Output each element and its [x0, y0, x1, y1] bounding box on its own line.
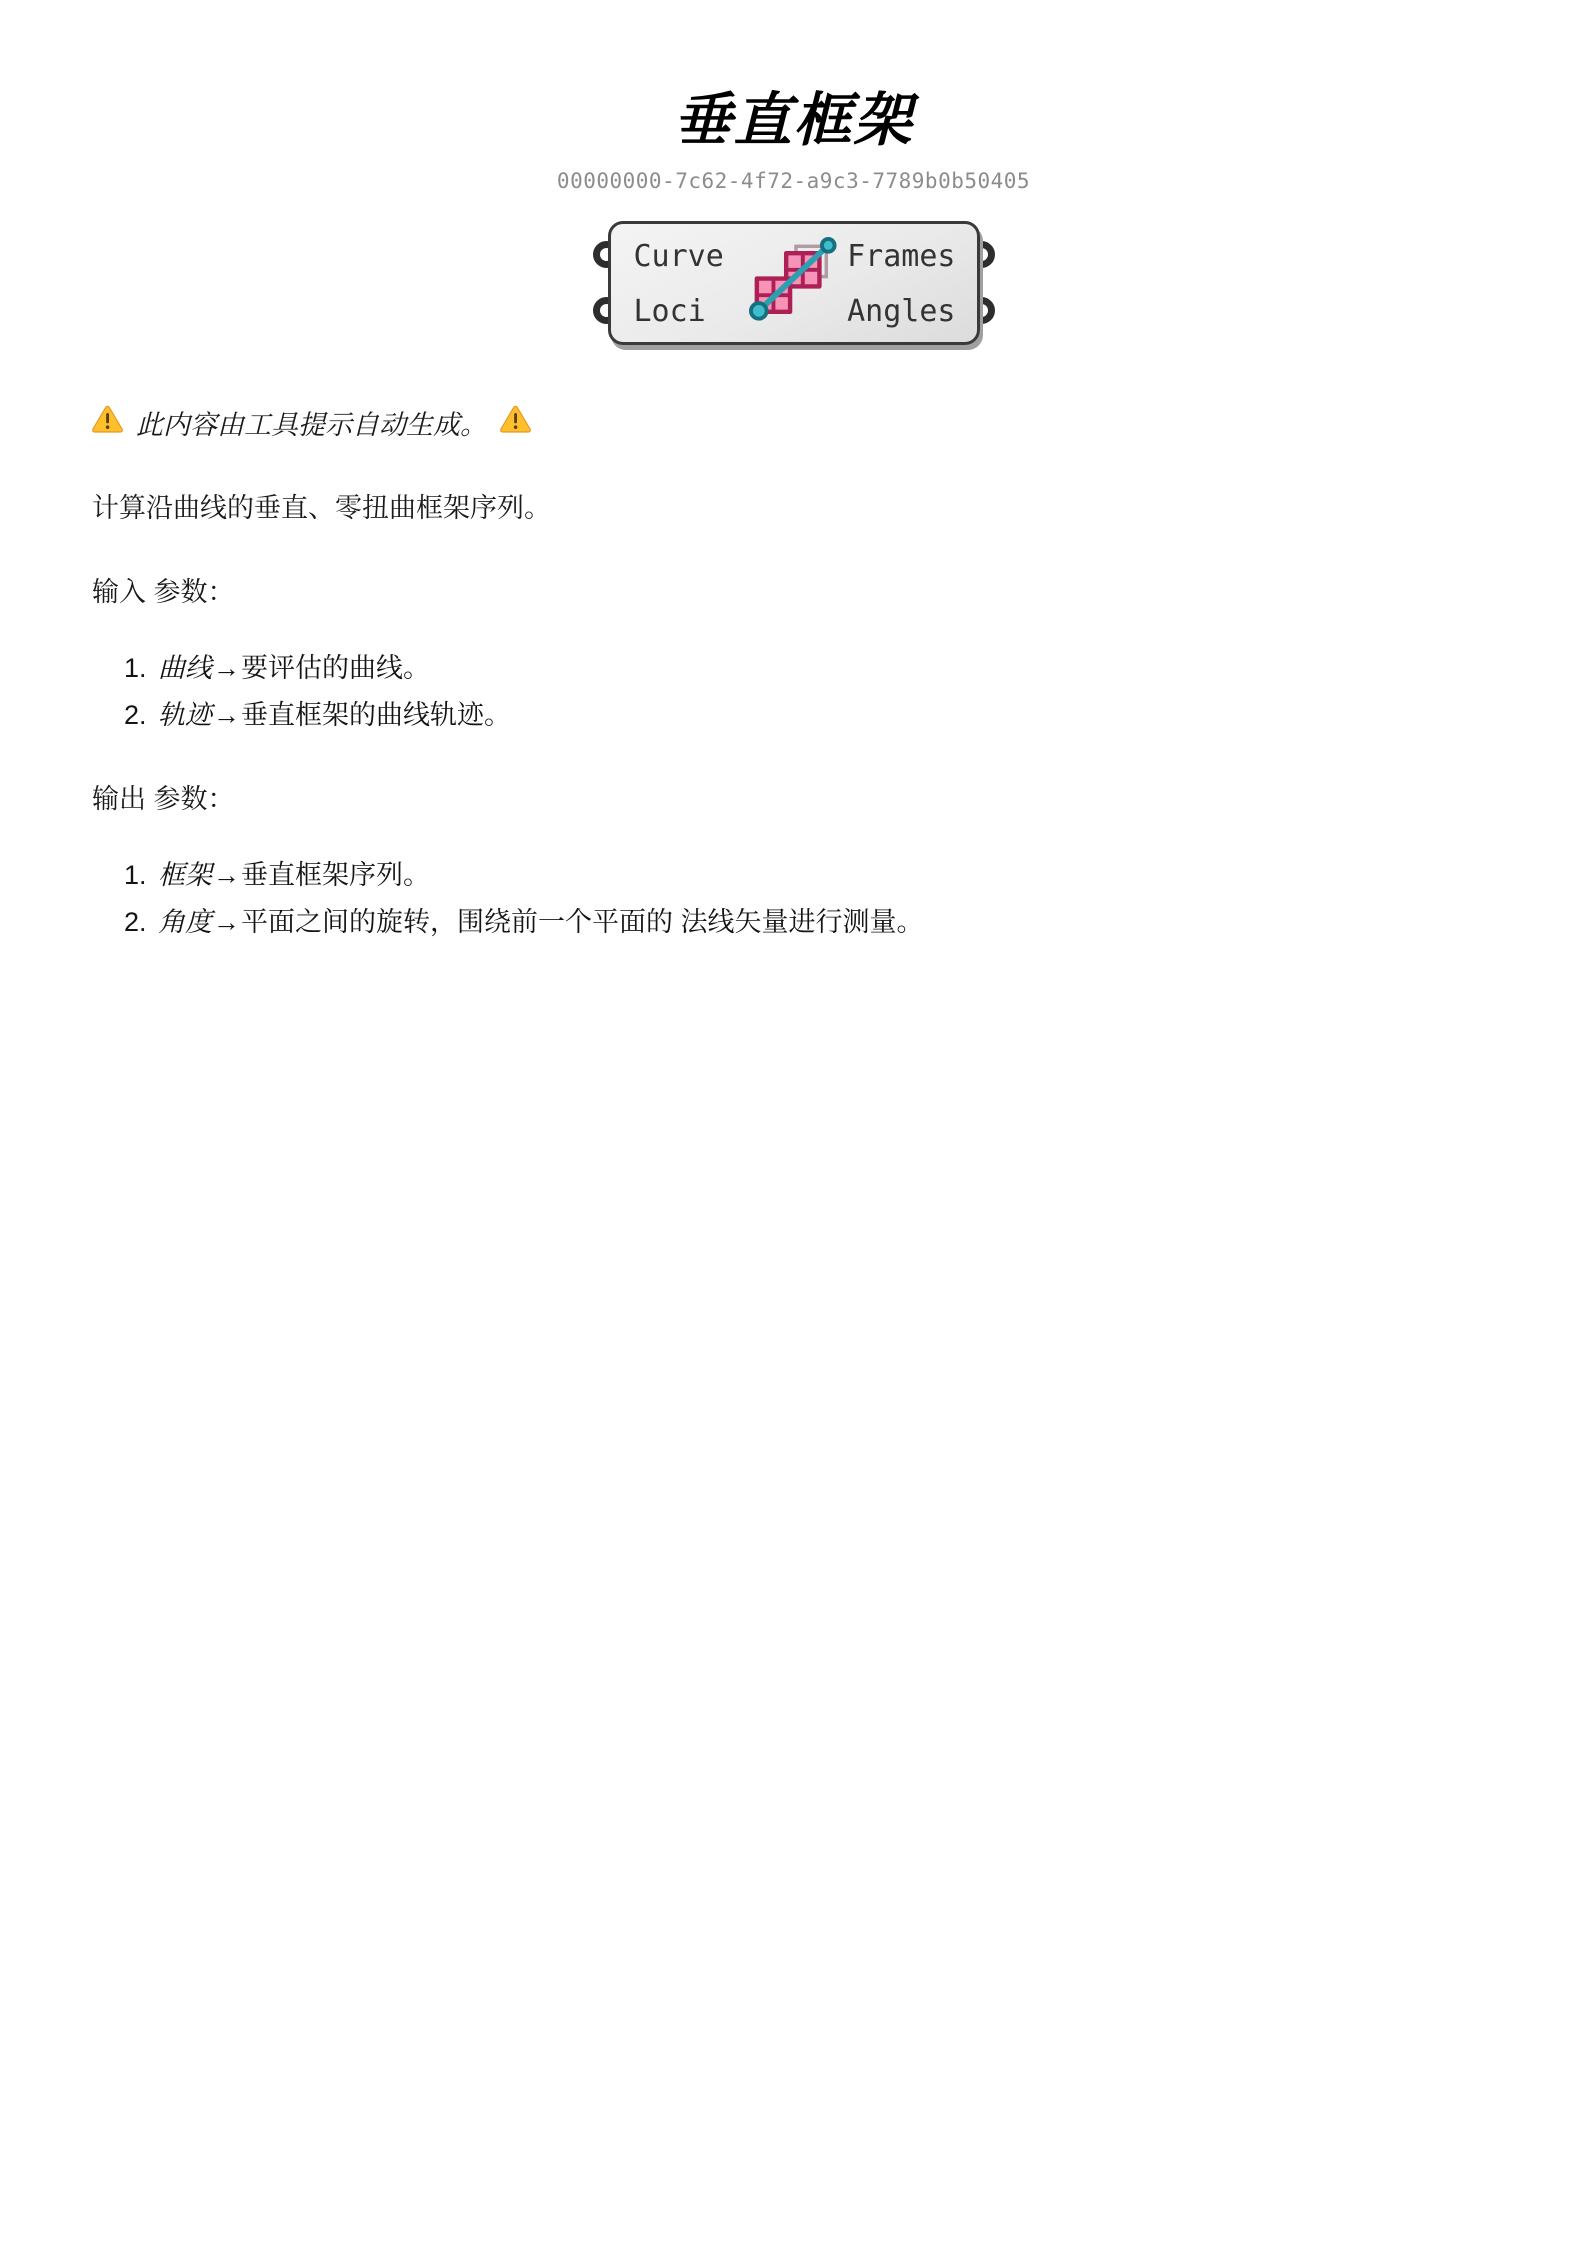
input-param-item: 2. 轨迹→垂直框架的曲线轨迹。 — [92, 697, 1495, 733]
param-description: 要评估的曲线。 — [241, 653, 430, 683]
output-param-item: 2. 角度→平面之间的旋转，围绕前一个平面的 法线矢量进行测量。 — [92, 904, 1495, 940]
input-label-loci: Loci — [634, 294, 706, 330]
arrow-glyph: → — [213, 653, 240, 683]
arrow-glyph: → — [213, 907, 240, 937]
param-name: 框架 — [158, 860, 212, 890]
outputs-heading: 输出 参数： — [92, 781, 1495, 817]
item-number: 2. — [124, 904, 158, 940]
component-description: 计算沿曲线的垂直、零扭曲框架序列。 — [92, 490, 1495, 526]
item-number: 2. — [124, 697, 158, 733]
item-number: 1. — [124, 650, 158, 686]
page-title: 垂直框架 — [0, 88, 1587, 155]
param-description: 垂直框架的曲线轨迹。 — [241, 700, 511, 730]
gh-component: Curve Loci Frames Angles — [608, 221, 980, 345]
input-param-item: 1. 曲线→要评估的曲线。 — [92, 650, 1495, 686]
output-param-item: 1. 框架→垂直框架序列。 — [92, 857, 1495, 893]
arrow-glyph: → — [213, 700, 240, 730]
component-guid: 00000000-7c62-4f72-a9c3-7789b0b50405 — [0, 169, 1587, 193]
param-description: 平面之间的旋转，围绕前一个平面的 法线矢量进行测量。 — [241, 907, 924, 937]
inputs-heading: 输入 参数： — [92, 574, 1495, 610]
item-number: 1. — [124, 857, 158, 893]
gh-component-body: Curve Loci Frames Angles — [608, 221, 980, 345]
auto-generated-notice: 此内容由工具提示自动生成。 — [92, 403, 1495, 442]
document-page: 垂直框架 00000000-7c62-4f72-a9c3-7789b0b5040… — [0, 0, 1587, 2244]
notice-text: 此内容由工具提示自动生成。 — [136, 403, 487, 442]
outputs-list: 1. 框架→垂直框架序列。 2. 角度→平面之间的旋转，围绕前一个平面的 法线矢… — [92, 857, 1495, 940]
doc-content: 此内容由工具提示自动生成。 计算沿曲线的垂直、零扭曲框架序列。 输入 参数： 1… — [92, 403, 1495, 940]
perp-frames-icon — [745, 233, 843, 328]
output-label-frames: Frames — [847, 239, 955, 275]
param-name: 曲线 — [158, 653, 212, 683]
inputs-list: 1. 曲线→要评估的曲线。 2. 轨迹→垂直框架的曲线轨迹。 — [92, 650, 1495, 733]
warning-triangle-icon — [500, 405, 531, 440]
output-label-angles: Angles — [847, 294, 955, 330]
param-description: 垂直框架序列。 — [241, 860, 430, 890]
param-name: 轨迹 — [158, 700, 212, 730]
input-label-curve: Curve — [634, 239, 724, 275]
param-name: 角度 — [158, 907, 212, 937]
arrow-glyph: → — [213, 860, 240, 890]
warning-triangle-icon — [92, 405, 123, 440]
